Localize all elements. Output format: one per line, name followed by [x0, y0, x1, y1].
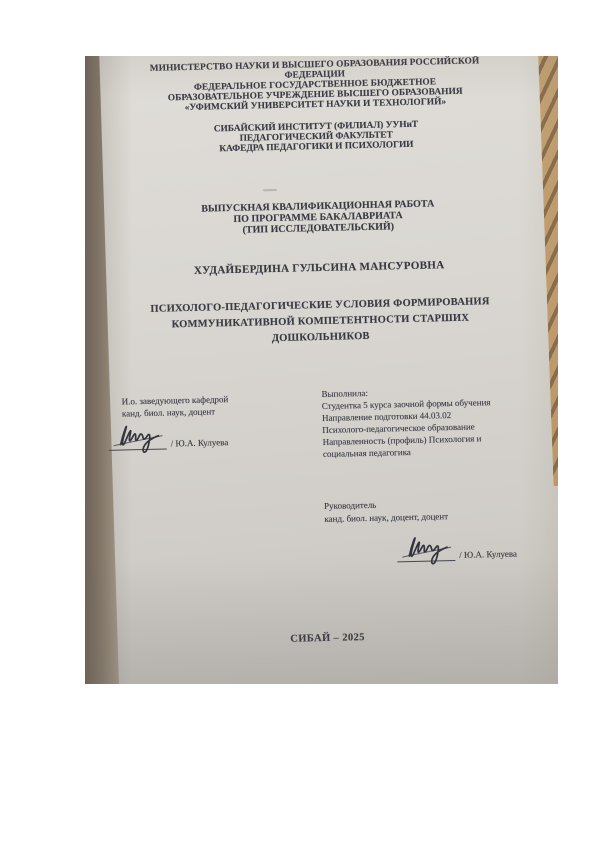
signature-line	[108, 419, 167, 451]
handwritten-signature	[399, 529, 464, 568]
supervisor-signature-row: / Ю.А. Кулуева	[397, 528, 517, 563]
city-year: СИБАЙ – 2025	[91, 628, 558, 650]
supervisor-block: Руководитель канд. биол. наук, доцент, д…	[324, 497, 448, 525]
handwritten-signature	[110, 417, 175, 456]
thesis-title: ПСИХОЛОГО-ПЕДАГОГИЧЕСКИЕ УСЛОВИЯ ФОРМИРО…	[85, 293, 557, 352]
approver-signature-name: / Ю.А. Кулуева	[171, 437, 229, 449]
signature-line	[397, 530, 456, 562]
work-type-block: ВЫПУСКНАЯ КВАЛИФИКАЦИОННАЯ РАБОТА ПО ПРО…	[85, 196, 555, 240]
author-name: ХУДАЙБЕРДИНА ГУЛЬСИНА МАНСУРОВНА	[85, 257, 556, 280]
supervisor-signature-name: / Ю.А. Кулуева	[459, 549, 517, 561]
approver-signature-row: / Ю.А. Кулуева	[108, 416, 228, 451]
faint-pencil-mark	[263, 189, 277, 191]
performer-block: Выполнила: Студентка 5 курса заочной фор…	[321, 383, 538, 460]
institute-block: СИБАЙСКИЙ ИНСТИТУТ (ФИЛИАЛ) УУНиТ ПЕДАГО…	[85, 117, 553, 158]
title-page: МИНИСТЕРСТВО НАУКИ И ВЫСШЕГО ОБРАЗОВАНИЯ…	[85, 56, 558, 684]
document-photo: МИНИСТЕРСТВО НАУКИ И ВЫСШЕГО ОБРАЗОВАНИЯ…	[85, 56, 558, 684]
supervisor-degree: канд. биол. наук, доцент, доцент	[324, 510, 448, 525]
ministry-block: МИНИСТЕРСТВО НАУКИ И ВЫСШЕГО ОБРАЗОВАНИЯ…	[85, 56, 552, 115]
